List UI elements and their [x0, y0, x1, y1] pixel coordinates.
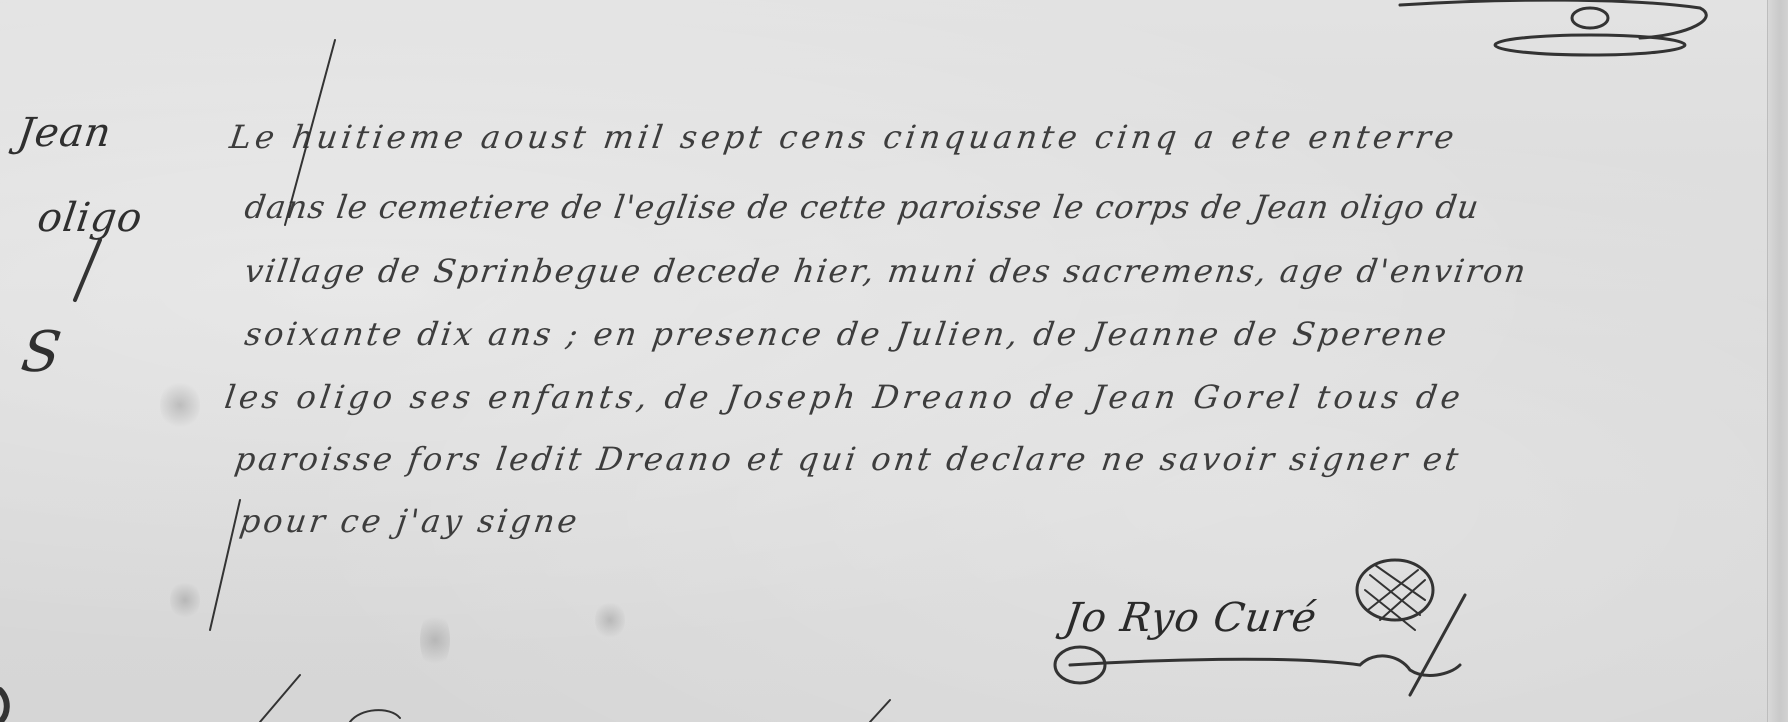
next-entry-strokes	[0, 670, 1788, 722]
pen-stroke-decoration	[0, 0, 1788, 722]
